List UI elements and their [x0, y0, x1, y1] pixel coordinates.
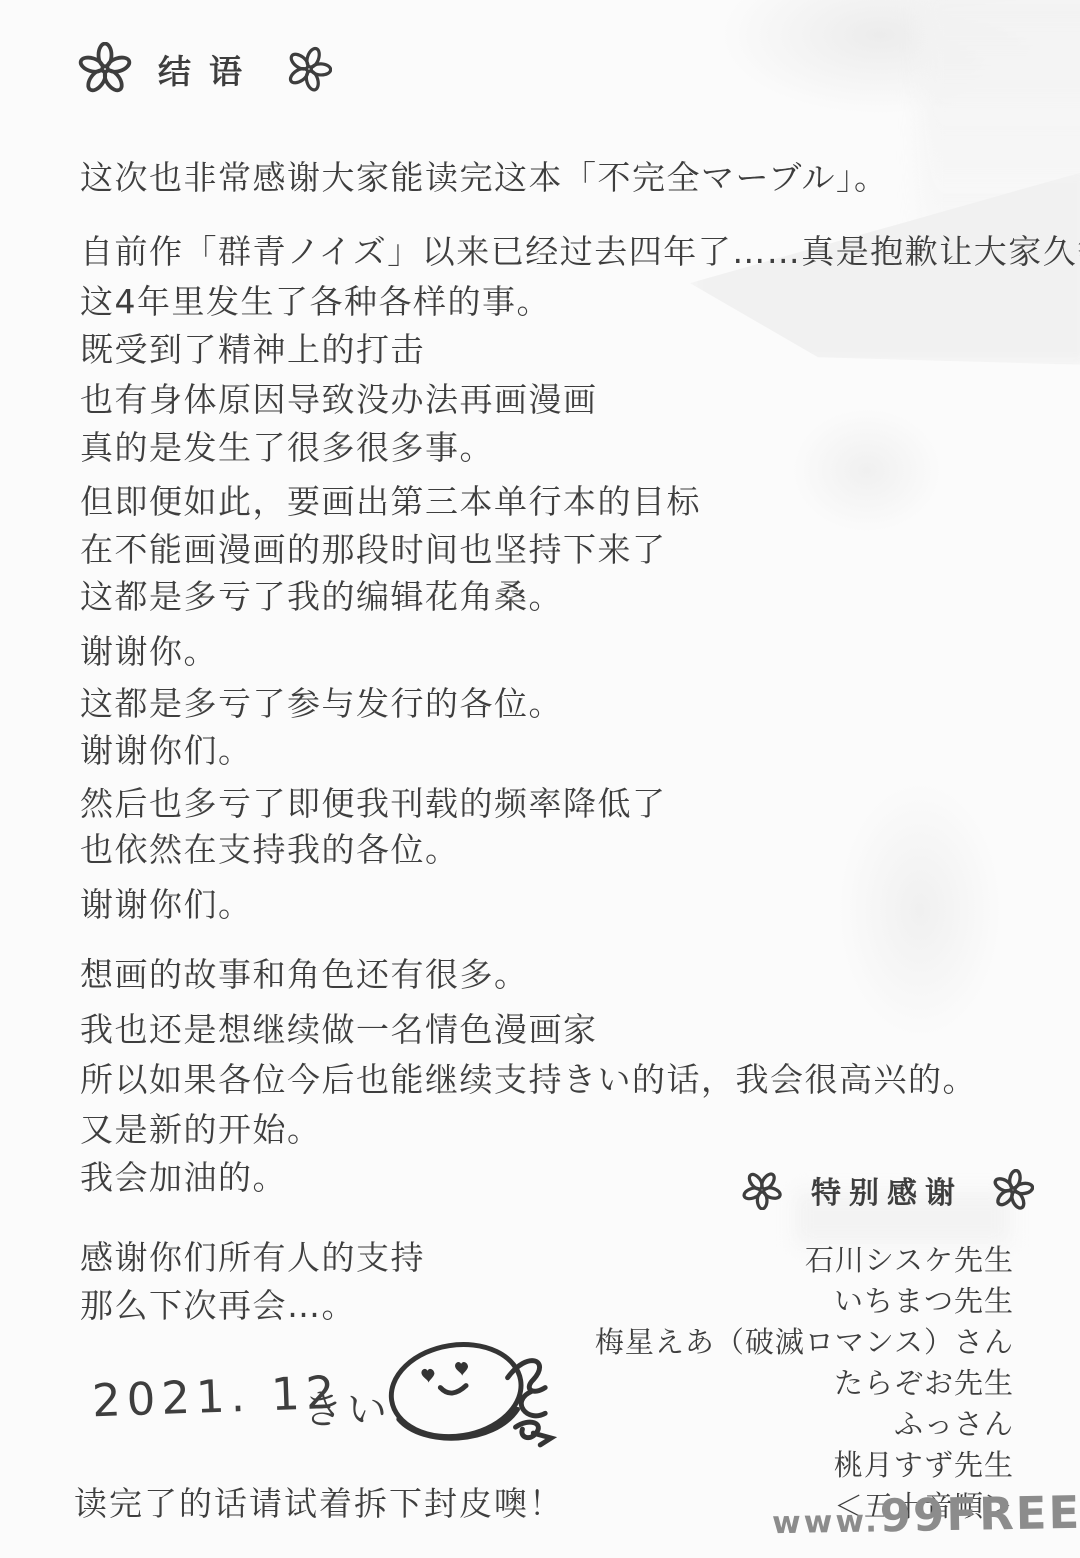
body-line: 那么下次再会…。 — [80, 1286, 356, 1326]
flower-icon — [286, 46, 332, 92]
body-line: 谢谢你们。 — [80, 731, 253, 771]
body-line: 但即便如此，要画出第三本单行本的目标 — [80, 482, 701, 522]
body-line: 也依然在支持我的各位。 — [80, 830, 460, 870]
smiley-face-doodle-icon — [383, 1332, 561, 1464]
body-line: 在不能画漫画的那段时间也坚持下来了 — [80, 530, 667, 570]
bottom-note: 读完了的话请试着拆下封皮噢！ — [74, 1478, 564, 1525]
thanks-name: ふっさん — [595, 1404, 1014, 1445]
page-title: 结语 — [158, 46, 260, 93]
body-line: 这都是多亏了参与发行的各位。 — [80, 684, 563, 724]
signature-text: きい — [303, 1378, 391, 1435]
scan-artifact — [720, 0, 1040, 115]
body-line: 这次也非常感谢大家能读完这本「不完全マーブル」。 — [80, 158, 889, 198]
body-line: 既受到了精神上的打击 — [80, 330, 425, 370]
body-line: 想画的故事和角色还有很多。 — [80, 955, 529, 995]
watermark: www. 99FREE .cc — [772, 1485, 1080, 1544]
flower-icon — [992, 1169, 1034, 1211]
page-header: 结语 — [78, 42, 332, 96]
watermark-prefix: www. — [772, 1503, 880, 1541]
body-line: 我会加油的。 — [80, 1158, 287, 1198]
body-line: 所以如果各位今后也能继续支持きい的话，我会很高兴的。 — [80, 1060, 977, 1100]
scan-artifact — [840, 785, 1000, 1035]
body-line: 感谢你们所有人的支持 — [80, 1238, 425, 1278]
watermark-name: 99FREE — [879, 1486, 1080, 1543]
body-line: 也有身体原因导致没办法再画漫画 — [80, 380, 598, 420]
flower-icon — [742, 1170, 782, 1210]
special-thanks-list: 石川シスケ先生 いちまつ先生 梅星えあ（破滅ロマンス）さん たらぞお先生 ふっさ… — [595, 1240, 1014, 1527]
body-line: 我也还是想继续做一名情色漫画家 — [80, 1010, 598, 1050]
body-line: 谢谢你。 — [80, 632, 218, 672]
body-line: 真的是发生了很多很多事。 — [80, 428, 494, 468]
body-line: 这4年里发生了各种各样的事。 — [80, 282, 551, 322]
body-line: 自前作「群青ノイズ」以来已经过去四年了……真是抱歉让大家久等了 — [80, 232, 1080, 272]
special-thanks-header: 特别感谢 — [742, 1168, 1034, 1212]
special-thanks-title: 特别感谢 — [811, 1168, 963, 1212]
body-line: 然后也多亏了即便我刊载的频率降低了 — [80, 784, 667, 824]
scan-artifact — [792, 408, 942, 533]
body-line: 这都是多亏了我的编辑花角桑。 — [80, 577, 563, 617]
body-line: 又是新的开始。 — [80, 1110, 322, 1150]
thanks-name: 梅星えあ（破滅ロマンス）さん — [595, 1322, 1014, 1363]
flower-icon — [78, 42, 132, 96]
body-line: 谢谢你们。 — [80, 885, 253, 925]
thanks-name: 石川シスケ先生 — [595, 1240, 1014, 1281]
thanks-name: 桃月すず先生 — [595, 1445, 1014, 1486]
scan-artifact — [920, 0, 1080, 330]
thanks-name: いちまつ先生 — [595, 1281, 1014, 1322]
thanks-name: たらぞお先生 — [595, 1363, 1014, 1404]
afterword-page: 结语 这次也非常感谢大家能读完这本「不完全マーブル」。 自前作「群青ノイズ」以来… — [0, 0, 1080, 1558]
